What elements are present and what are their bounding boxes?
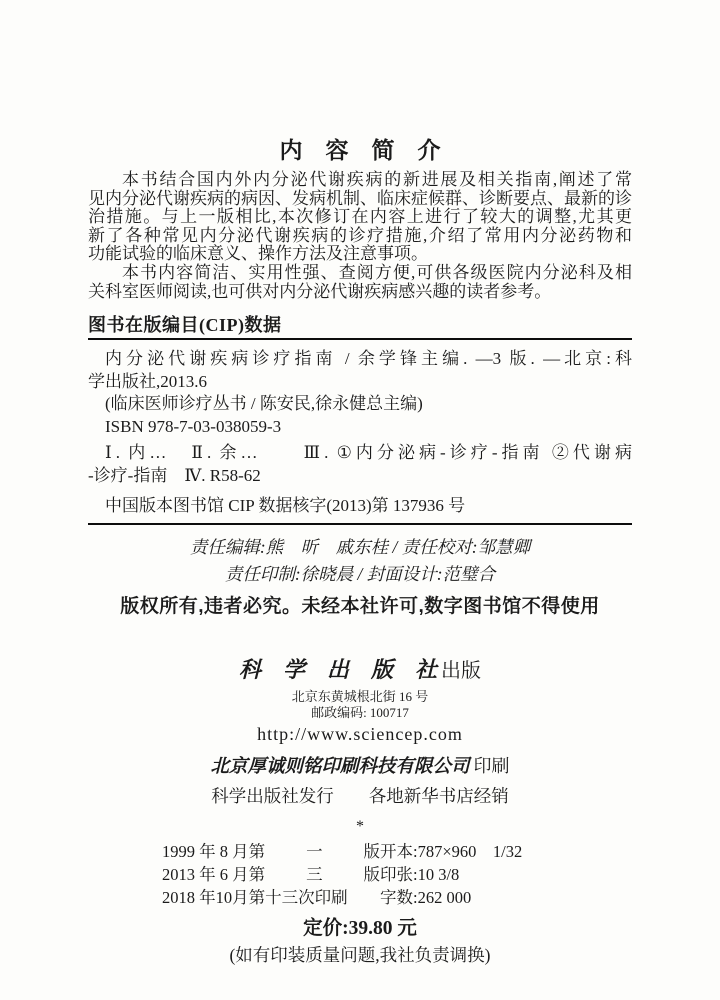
- printer-role: 印刷: [474, 756, 510, 776]
- edition-row: 2013 年 6 月第 三 版 印张:10 3/8: [88, 863, 632, 886]
- edition-spec: 开本:787×960 1/32: [380, 840, 522, 863]
- copyright-notice: 版权所有,违者必究。未经本社许可,数字图书馆不得使用: [88, 595, 632, 619]
- cip-heading: 图书在版编目(CIP)数据: [88, 315, 632, 335]
- asterisk-separator: *: [88, 818, 632, 836]
- cip-registry-line: 中国版本图书馆 CIP 数据核字(2013)第 137936 号: [88, 495, 632, 517]
- publisher-address: 北京东黄城根北街 16 号: [88, 689, 632, 705]
- edition-row: 1999 年 8 月第 一 版 开本:787×960 1/32: [88, 840, 632, 863]
- price-line: 定价:39.80 元: [88, 916, 632, 941]
- page-content: 内 容 简 介 本书结合国内外内分泌代谢疾病的新进展及相关指南,阐述了常 见内分…: [88, 0, 632, 967]
- classification-line: -诊疗-指南 Ⅳ. R58-62: [88, 465, 632, 488]
- edition-date: 1999 年 8 月第: [162, 840, 265, 863]
- quality-note: (如有印装质量问题,我社负责调换): [88, 944, 632, 967]
- publisher-block: 科 学 出 版 社 出版 北京东黄城根北街 16 号 邮政编码: 100717 …: [88, 656, 632, 745]
- cip-classification-block: Ⅰ. 内… Ⅱ. 余… Ⅲ. ①内分泌病-诊疗-指南 ②代谢病 -诊疗-指南 Ⅳ…: [88, 442, 632, 487]
- intro-line: 见内分泌代谢疾病的病因、发病机制、临床症候群、诊断要点、最新的诊: [88, 190, 632, 209]
- edition-row: 2018 年10月第十三次印刷 字数:262 000: [88, 886, 632, 909]
- cip-series-line: (临床医师诊疗丛书 / 陈安民,徐永健总主编): [88, 393, 632, 416]
- publisher-name: 科 学 出 版 社: [239, 657, 437, 682]
- intro-line: 本书结合国内外内分泌代谢疾病的新进展及相关指南,阐述了常: [88, 171, 632, 190]
- intro-line: 关科室医师阅读,也可供对内分泌代谢疾病感兴趣的读者参考。: [88, 283, 632, 302]
- edition-row-left: 2013 年 6 月第 三 版: [162, 863, 380, 886]
- edition-date: 2018 年10月第十三次印刷: [162, 886, 348, 909]
- distribution-line: 科学出版社发行 各地新华书店经销: [88, 785, 632, 808]
- cip-record-line: 内分泌代谢疾病诊疗指南 / 余学锋主编. —3 版. —北京:科: [88, 348, 632, 371]
- editor-credits-line: 责任印制:徐晓晨 / 封面设计:范璧合: [88, 561, 632, 588]
- publisher-line: 科 学 出 版 社 出版: [88, 656, 632, 686]
- printer-name: 北京厚诚则铭印刷科技有限公司: [210, 757, 469, 777]
- horizontal-rule: [88, 338, 632, 340]
- intro-line: 新了各种常见内分泌代谢疾病的诊疗措施,介绍了常用内分泌药物和: [88, 227, 632, 246]
- postal-code: 邮政编码: 100717: [88, 705, 632, 721]
- edition-row-left: 2018 年10月第十三次印刷: [162, 886, 380, 909]
- intro-paragraph-2: 本书内容简洁、实用性强、查阅方便,可供各级医院内分泌科及相 关科室医师阅读,也可…: [88, 264, 632, 301]
- edition-number: 一: [306, 840, 323, 863]
- horizontal-rule: [88, 523, 632, 525]
- intro-title: 内 容 简 介: [88, 136, 632, 166]
- cip-record-block: 内分泌代谢疾病诊疗指南 / 余学锋主编. —3 版. —北京:科 学出版社,20…: [88, 348, 632, 438]
- edition-spec: 印张:10 3/8: [380, 863, 459, 886]
- editor-credits: 责任编辑:熊 昕 戚东桂 / 责任校对:邹慧卿 责任印制:徐晓晨 / 封面设计:…: [88, 534, 632, 588]
- editor-credits-line: 责任编辑:熊 昕 戚东桂 / 责任校对:邹慧卿: [88, 534, 632, 561]
- isbn-line: ISBN 978-7-03-038059-3: [88, 416, 632, 439]
- printer-block: 北京厚诚则铭印刷科技有限公司 印刷: [88, 754, 632, 780]
- publisher-url: http://www.sciencep.com: [88, 724, 632, 745]
- classification-line: Ⅰ. 内… Ⅱ. 余… Ⅲ. ①内分泌病-诊疗-指南 ②代谢病: [88, 442, 632, 465]
- intro-line: 本书内容简洁、实用性强、查阅方便,可供各级医院内分泌科及相: [88, 264, 632, 283]
- edition-block: 1999 年 8 月第 一 版 开本:787×960 1/32 2013 年 6…: [88, 840, 632, 909]
- edition-label: 版: [364, 840, 381, 863]
- cip-record-line: 学出版社,2013.6: [88, 371, 632, 394]
- edition-label: 版: [364, 863, 381, 886]
- intro-paragraph-1: 本书结合国内外内分泌代谢疾病的新进展及相关指南,阐述了常 见内分泌代谢疾病的病因…: [88, 171, 632, 264]
- edition-date: 2013 年 6 月第: [162, 863, 265, 886]
- edition-spec: 字数:262 000: [380, 886, 471, 909]
- intro-line: 功能试验的临床意义、操作方法及注意事项。: [88, 245, 632, 264]
- intro-line: 治措施。与上一版相比,本次修订在内容上进行了较大的调整,尤其更: [88, 208, 632, 227]
- book-copyright-page: 内 容 简 介 本书结合国内外内分泌代谢疾病的新进展及相关指南,阐述了常 见内分…: [0, 0, 720, 1000]
- publisher-role: 出版: [441, 660, 481, 682]
- edition-number: 三: [306, 863, 323, 886]
- edition-row-left: 1999 年 8 月第 一 版: [162, 840, 380, 863]
